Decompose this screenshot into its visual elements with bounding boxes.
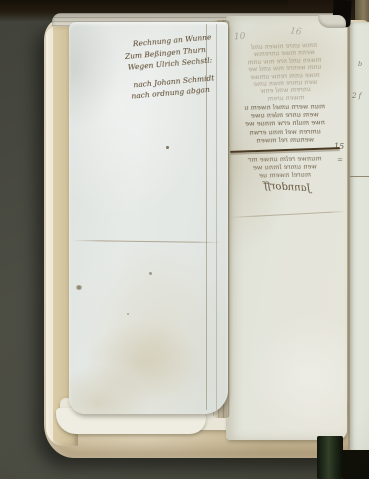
right-page-crease — [226, 211, 347, 218]
book-clasp-strip — [317, 436, 343, 479]
next-leaf-amount-mark: 2 f — [352, 92, 361, 100]
bottom-right-dark-corner — [343, 450, 369, 479]
folio-number-left: 10 — [234, 32, 246, 43]
signature-flourish: Janndorff — [250, 180, 324, 195]
ink-dot — [166, 146, 169, 149]
manuscript-photo: b 2 f 10 16 nmw unre mwen uml wenn mwe u… — [0, 0, 369, 479]
bleed-line: wenum rel mwen — [232, 135, 338, 145]
margin-number: 15 — [334, 142, 344, 151]
bleed-through-block-dark: mun wern umel nwem u wem unre mlen uwe n… — [232, 102, 339, 145]
bleed-through-block-faint: nmw unre mwen uml wenn mwe unremw mwen u… — [233, 41, 337, 104]
speck — [149, 272, 152, 275]
margin-mark: = — [337, 156, 343, 164]
torn-page-corner — [318, 15, 346, 28]
folio-number-right: 16 — [290, 26, 302, 37]
next-leaf-edge: b 2 f — [348, 22, 369, 452]
speck — [127, 313, 129, 315]
paper-stain — [85, 320, 203, 404]
bleed-line: murel nwem ue — [234, 170, 336, 180]
ink-rule-line — [230, 147, 340, 153]
bleed-through-block-after-rule: munwe relm unwe mr wen umre lmnu we mure… — [234, 154, 336, 180]
next-leaf-mark: b — [358, 60, 362, 68]
ink-spot — [75, 285, 83, 290]
right-page: 10 16 nmw unre mwen uml wenn mwe unremw … — [226, 16, 347, 440]
left-page: Rechnung an Wunne Zum Beßingen Thurn Weg… — [69, 22, 228, 414]
horizontal-crease — [73, 240, 221, 243]
handwriting-block: Rechnung an Wunne Zum Beßingen Thurn Weg… — [123, 31, 220, 102]
next-leaf-rule-line — [350, 176, 369, 177]
